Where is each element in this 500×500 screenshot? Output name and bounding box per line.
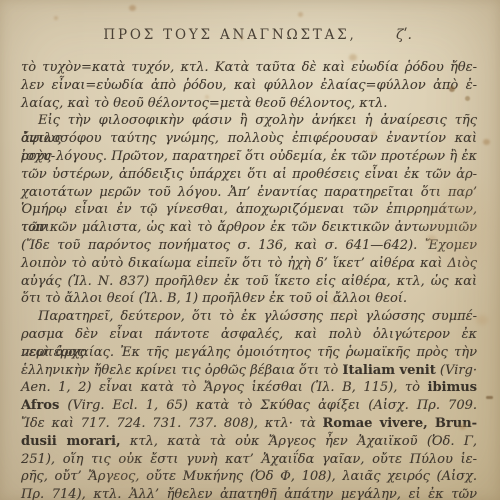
text-line: λαίας, καὶ τὸ θεοῦ θέλοντος=μετὰ θεοῦ θέ… — [21, 95, 477, 113]
text-line: Ἴδε καὶ 717. 724. 731. 737. 808), κτλ· τ… — [21, 415, 477, 433]
text-line: αὐγάς (Ἰλ. Ν. 837) προῆλθεν ἐκ τοῦ ἵκετο… — [21, 273, 477, 291]
greek-text-segment: (Ἴδε τοῦ παρόντος πονήματος σ. 136, καὶ … — [21, 238, 477, 253]
page-header: ΠΡΟΣ ΤΟΥΣ ΑΝΑΓΝΩΣΤΑΣ, ζʹ. — [0, 27, 500, 45]
text-line: ρασμα δὲν εἶναι πάντοτε ἀσφαλές, καὶ πολ… — [21, 326, 477, 344]
latin-text-segment: ibimus — [428, 380, 478, 395]
stain-spot — [476, 315, 488, 325]
scanned-book-page: ΠΡΟΣ ΤΟΥΣ ΑΝΑΓΝΩΣΤΑΣ, ζʹ. τὸ τυχὸν=κατὰ … — [0, 0, 500, 500]
page-number: ζʹ. — [396, 27, 412, 43]
greek-text-segment: ροὺς λόγους. Πρῶτον, παρατηρεῖ ὅτι οὐδεμ… — [21, 149, 477, 164]
latin-text-segment: Italiam venit — [342, 363, 435, 378]
text-line: ἀφιλοσόφου ταύτης γνώμης, πολλοὺς ἐπιφέρ… — [21, 130, 477, 148]
text-line: τὸ τυχὸν=κατὰ τυχόν, κτλ. Κατὰ ταῦτα δὲ … — [21, 59, 477, 77]
greek-text-segment: τὸ τυχὸν=κατὰ τυχόν, κτλ. Κατὰ ταῦτα δὲ … — [21, 60, 477, 75]
greek-text-segment: (Virg. — [59, 398, 112, 413]
greek-text-segment: Ἴδε καὶ 717. 724. 731. 737. 808), κτλ· τ… — [21, 416, 323, 431]
greek-text-segment: λαίας, καὶ τὸ θεοῦ θέλοντος=μετὰ θεοῦ θέ… — [21, 96, 387, 111]
latin-text-segment: Ecl. — [113, 398, 138, 413]
text-line: περὶ ἀρχαίας. Ἐκ τῆς μεγάλης ὁμοιότητος … — [21, 344, 477, 362]
greek-text-segment: 251), οἵη τις οὐκ ἔστι γυνὴ κατ’ Ἀχαιΐδα… — [21, 452, 477, 467]
greek-text-segment: ἑλληνικὴν ἤθελε κρίνει τις ὀρθῶς βέβαια … — [21, 363, 342, 378]
latin-text-segment: Afros — [21, 398, 59, 413]
stain-spot — [483, 139, 490, 145]
text-line: ροὺς λόγους. Πρῶτον, παρατηρεῖ ὅτι οὐδεμ… — [21, 148, 477, 166]
text-line: dusii morari, κτλ, κατὰ τὰ οὐκ Ἄργεος ἦε… — [21, 433, 477, 451]
stain-spot — [129, 5, 136, 11]
greek-text-segment: Παρατηρεῖ, δεύτερον, ὅτι τὸ ἐκ γλώσσης π… — [38, 309, 477, 324]
text-line: χαιοτάτων μερῶν τοῦ λόγου. Ἀπ’ ἐναντίας … — [21, 184, 477, 202]
stain-spot — [486, 396, 493, 399]
text-line: ὅτι τὸ ἄλλοι θεοί (Ἰλ. Β, 1) προῆλθεν ἐκ… — [21, 290, 477, 308]
text-line: ρῆς, οὔτ’ Ἄργεος, οὔτε Μυκήνης (Ὀδ Φ, 10… — [21, 468, 477, 486]
stain-spot — [298, 12, 303, 17]
text-line: Ὁμήρῳ εἶναι ἐν τῷ γίνεσθαι, ἀποχωριζόμεν… — [21, 201, 477, 219]
greek-text-segment: λεν εἶναι=εὐωδία ἀπὸ ῥόδου, καὶ φύλλον ἐ… — [21, 78, 477, 93]
greek-text-segment: χαιοτάτων μερῶν τοῦ λόγου. Ἀπ’ ἐναντίας … — [21, 185, 477, 200]
greek-text-segment: Πρ. 714), κτλ. Ἀλλ’ ἤθελεν ἀπατηθῆ ἀπάτη… — [21, 487, 477, 500]
text-line: 251), οἵη τις οὐκ ἔστι γυνὴ κατ’ Ἀχαιΐδα… — [21, 451, 477, 469]
text-line: τοπικῶν μάλιστα, ὡς καὶ τὸ ἄρθρον ἐκ τῶν… — [21, 219, 477, 237]
latin-text-segment: Aen. — [21, 380, 51, 395]
greek-text-segment: λοιπὸν τὸ αὐτὸ δικαίωμα εἰπεῖν ὅτι τὸ ἠχ… — [21, 256, 477, 271]
greek-text-segment: 1, 2) εἶναι κατὰ τὸ Ἄργος ἱκέσθαι (Ἰλ. Β… — [51, 380, 428, 395]
greek-text-segment: ( — [436, 363, 445, 378]
greek-text-segment: τῶν ὑστέρων, ἀπόδειξις ὑπάρχει ὅτι αἱ πρ… — [21, 167, 477, 182]
latin-text-segment: Romae vivere, Brun- — [323, 416, 478, 431]
text-line: Aen. 1, 2) εἶναι κατὰ τὸ Ἄργος ἱκέσθαι (… — [21, 379, 477, 397]
stain-spot — [54, 16, 58, 20]
running-header-title: ΠΡΟΣ ΤΟΥΣ ΑΝΑΓΝΩΣΤΑΣ, — [0, 27, 460, 43]
text-line: (Ἴδε τοῦ παρόντος πονήματος σ. 136, καὶ … — [21, 237, 477, 255]
text-line: ἑλληνικὴν ἤθελε κρίνει τις ὀρθῶς βέβαια … — [21, 362, 477, 380]
text-line: Πρ. 714), κτλ. Ἀλλ’ ἤθελεν ἀπατηθῆ ἀπάτη… — [21, 486, 477, 500]
latin-text-segment: dusii morari, — [21, 434, 120, 449]
text-line: λοιπὸν τὸ αὐτὸ δικαίωμα εἰπεῖν ὅτι τὸ ἠχ… — [21, 255, 477, 273]
latin-text-segment: Virg· — [445, 363, 477, 378]
greek-text-segment: περὶ ἀρχαίας. Ἐκ τῆς μεγάλης ὁμοιότητος … — [21, 345, 477, 360]
text-line: Παρατηρεῖ, δεύτερον, ὅτι τὸ ἐκ γλώσσης π… — [21, 308, 477, 326]
text-line: τῶν ὑστέρων, ἀπόδειξις ὑπάρχει ὅτι αἱ πρ… — [21, 166, 477, 184]
greek-text-segment: 1, 65) κατὰ τὸ Σκύθας ἀφίξει (Αἰσχ. Πρ. … — [138, 398, 477, 413]
text-line: λεν εἶναι=εὐωδία ἀπὸ ῥόδου, καὶ φύλλον ἐ… — [21, 77, 477, 95]
greek-text-segment: ὅτι τὸ ἄλλοι θεοί (Ἰλ. Β, 1) προῆλθεν ἐκ… — [21, 291, 407, 306]
text-line: Afros (Virg. Ecl. 1, 65) κατὰ τὸ Σκύθας … — [21, 397, 477, 415]
text-line: Εἰς τὴν φιλοσοφικὴν φάσιν ἢ σχολὴν ἀνήκε… — [21, 112, 477, 130]
greek-text-segment: τοπικῶν μάλιστα, ὡς καὶ τὸ ἄρθρον ἐκ τῶν… — [21, 220, 477, 235]
text-block: τὸ τυχὸν=κατὰ τυχόν, κτλ. Κατὰ ταῦτα δὲ … — [21, 59, 477, 500]
greek-text-segment: ρῆς, οὔτ’ Ἄργεος, οὔτε Μυκήνης (Ὀδ Φ, 10… — [21, 469, 477, 484]
greek-text-segment: κτλ, κατὰ τὰ οὐκ Ἄργεος ἦεν Ἀχαιϊκοῦ (Ὀδ… — [120, 434, 477, 449]
greek-text-segment: αὐγάς (Ἰλ. Ν. 837) προῆλθεν ἐκ τοῦ ἵκετο… — [21, 274, 477, 289]
